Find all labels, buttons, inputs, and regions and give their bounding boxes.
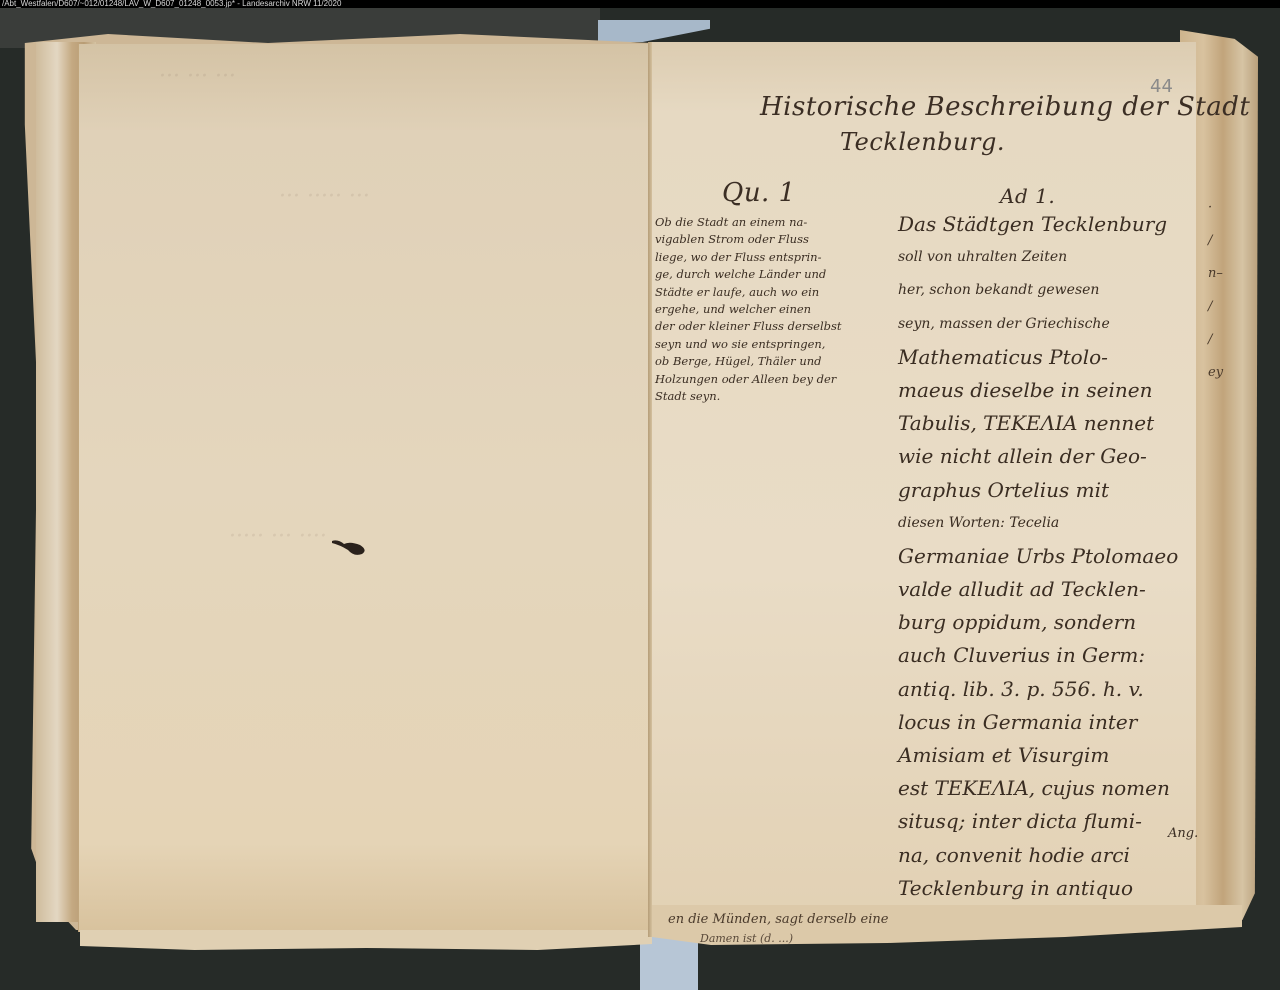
question-column: Ob die Stadt an einem na- vigablen Strom…: [655, 214, 905, 405]
bleed-through: ··· ··· ···: [159, 64, 236, 89]
answer-line: antiq. lib. 3. p. 556. h. v.: [898, 673, 1203, 706]
answer-line: her, schon bekandt gewesen: [898, 274, 1203, 307]
answer-line: seyn, massen der Griechische: [898, 308, 1203, 341]
catchword: Ang.: [1168, 826, 1198, 841]
ink-blot: [330, 535, 368, 557]
book-gutter: [648, 42, 652, 937]
answer-line: Tabulis, ΤΕΚΕΛΙΑ nennet: [898, 407, 1203, 440]
question-line: Städte er laufe, auch wo ein: [655, 284, 905, 301]
bleed-through: ··· ····· ···: [279, 184, 370, 209]
answer-line: Germaniae Urbs Ptolomaeo: [898, 540, 1203, 573]
margin-fragment: /: [1208, 299, 1238, 332]
question-line: Stadt seyn.: [655, 388, 905, 405]
answer-line: valde alludit ad Tecklen-: [898, 573, 1203, 606]
bleed-through: ····· ··· ····: [229, 524, 327, 549]
question-line: vigablen Strom oder Fluss: [655, 231, 905, 248]
answer-line: situsq; inter dicta flumi-: [898, 805, 1203, 838]
answer-line: maeus dieselbe in seinen: [898, 374, 1203, 407]
answer-line: wie nicht allein der Geo-: [898, 440, 1203, 473]
question-line: ob Berge, Hügel, Thäler und: [655, 353, 905, 370]
question-line: Ob die Stadt an einem na-: [655, 214, 905, 231]
question-line: ergehe, und welcher einen: [655, 301, 905, 318]
answer-line: soll von uhralten Zeiten: [898, 241, 1203, 274]
margin-fragment: ·: [1208, 200, 1238, 233]
bottom-fragment-line-1: en die Münden, sagt derselb eine: [668, 912, 888, 927]
question-line: seyn und wo sie entspringen,: [655, 336, 905, 353]
window-title: /Abt_Westfalen/D607/~012/01248/LAV_W_D60…: [2, 0, 341, 8]
bottom-fragment-line-2: Damen ist (d. ...): [700, 932, 793, 945]
window-title-bar: /Abt_Westfalen/D607/~012/01248/LAV_W_D60…: [0, 0, 1280, 8]
answer-line: locus in Germania inter: [898, 706, 1203, 739]
question-line: der oder kleiner Fluss derselbst: [655, 318, 905, 335]
margin-fragments: · / n– / / ey: [1208, 200, 1238, 398]
margin-fragment: /: [1208, 332, 1238, 365]
answer-line: diesen Worten: Tecelia: [898, 507, 1203, 540]
margin-fragment: /: [1208, 233, 1238, 266]
margin-fragment: n–: [1208, 266, 1238, 299]
heading-line-1: Historische Beschreibung der Stadt: [760, 92, 1250, 122]
answer-line: na, convenit hodie arci: [898, 839, 1203, 872]
answer-line: Tecklenburg in antiquo: [898, 872, 1203, 905]
answer-line: Das Städtgen Tecklenburg: [898, 208, 1203, 241]
answer-line: graphus Ortelius mit: [898, 474, 1203, 507]
left-page: ··· ··· ··· ··· ····· ··· ····· ··· ····: [78, 44, 651, 932]
answer-line: Amisiam et Visurgim: [898, 739, 1203, 772]
margin-fragment: ey: [1208, 365, 1238, 398]
left-page-bottom-edge: [80, 930, 652, 950]
answer-line: burg oppidum, sondern: [898, 606, 1203, 639]
question-line: liege, wo der Fluss entsprin-: [655, 249, 905, 266]
answer-column: Das Städtgen Tecklenburg soll von uhralt…: [898, 208, 1203, 905]
answer-line: est ΤΕΚΕΛΙΑ, cujus nomen: [898, 772, 1203, 805]
answer-heading: Ad 1.: [1000, 184, 1055, 208]
question-heading: Qu. 1: [722, 178, 796, 208]
question-line: Holzungen oder Alleen bey der: [655, 371, 905, 388]
question-line: ge, durch welche Länder und: [655, 266, 905, 283]
answer-line: Mathematicus Ptolo-: [898, 341, 1203, 374]
heading-line-2: Tecklenburg.: [840, 128, 1005, 156]
answer-line: auch Cluverius in Germ:: [898, 639, 1203, 672]
